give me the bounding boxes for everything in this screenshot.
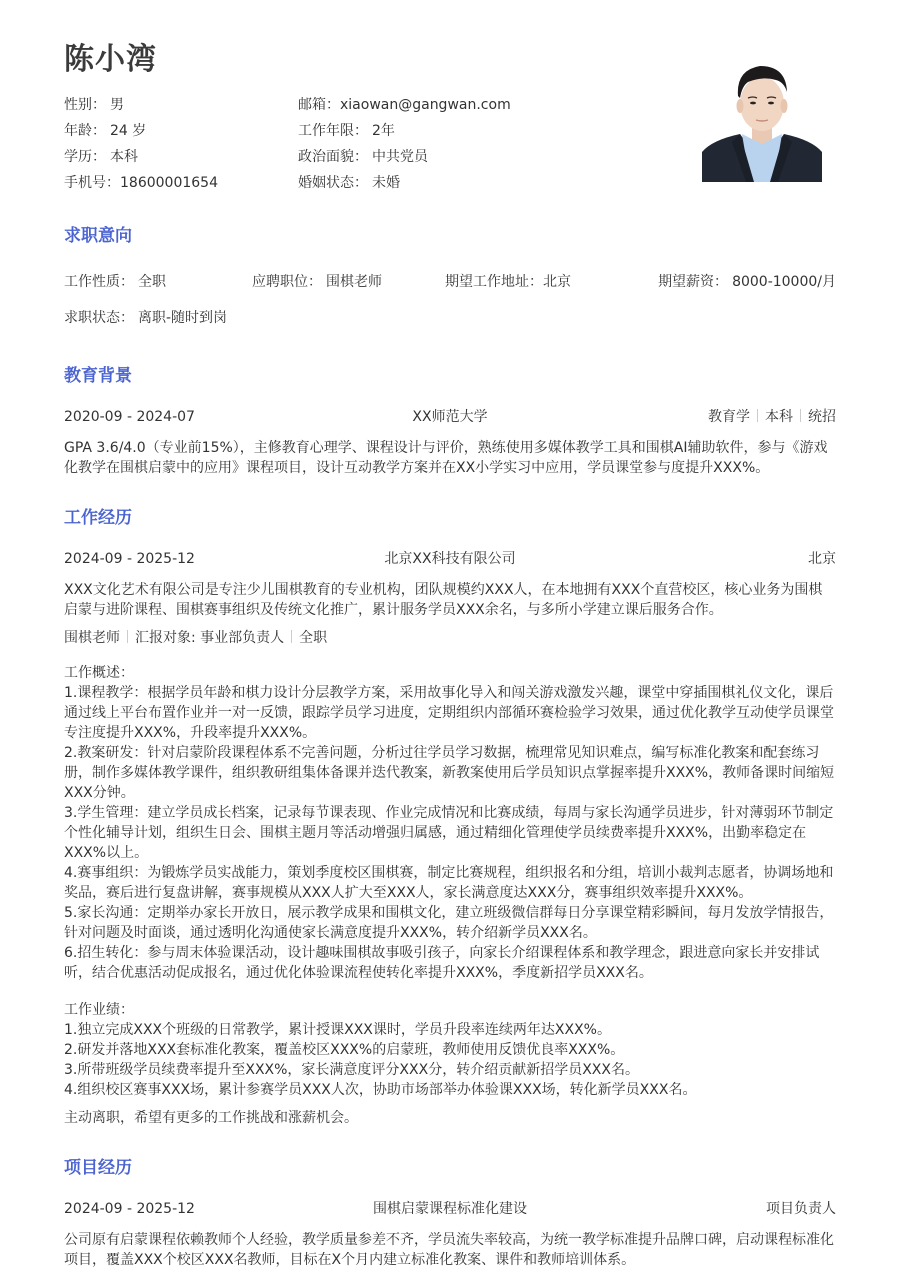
intent-value: 8000-10000/月 bbox=[732, 274, 836, 290]
info-label: 手机号： bbox=[64, 175, 120, 191]
section-title-job-intent: 求职意向 bbox=[64, 224, 132, 248]
work-overview: 工作概述： 1.课程教学：根据学员年龄和棋力设计分层教学方案，采用故事化导入和闯… bbox=[64, 663, 836, 983]
achievement-item: 4.组织校区赛事XXX场，累计参赛学员XXX人次，协助市场部举办体验课XXX场，… bbox=[64, 1080, 836, 1100]
info-phone: 手机号：18600001654 bbox=[64, 170, 218, 196]
work-header: 2024-09 - 2025-12 北京XX科技有限公司 北京 bbox=[64, 548, 836, 570]
achievements-label: 工作业绩： bbox=[64, 1000, 836, 1020]
leave-reason: 主动离职，希望有更多的工作挑战和涨薪机会。 bbox=[64, 1108, 836, 1128]
intent-label: 期望工作地址： bbox=[445, 274, 543, 290]
education-description: GPA 3.6/4.0（专业前15%），主修教育心理学、课程设计与评价，熟练使用… bbox=[64, 438, 836, 478]
education-header: 2020-09 - 2024-07 XX师范大学 教育学本科统招 bbox=[64, 406, 836, 428]
info-value: 24 岁 bbox=[110, 123, 146, 139]
info-label: 年龄： bbox=[64, 123, 106, 139]
info-label: 政治面貌： bbox=[298, 149, 368, 165]
info-political-status: 政治面貌：中共党员 bbox=[298, 144, 428, 170]
info-label: 邮箱： bbox=[298, 97, 340, 113]
intent-value: 离职-随时到岗 bbox=[138, 310, 227, 326]
info-value: xiaowan@gangwan.com bbox=[340, 97, 511, 113]
info-label: 工作年限： bbox=[298, 123, 368, 139]
education-degree: 本科 bbox=[765, 409, 793, 425]
info-value: 2年 bbox=[372, 123, 395, 139]
work-role-tags: 围棋老师汇报对象: 事业部负责人全职 bbox=[64, 627, 327, 649]
divider bbox=[800, 409, 801, 422]
intent-label: 求职状态： bbox=[64, 310, 134, 326]
info-value: 中共党员 bbox=[372, 149, 428, 165]
intent-status: 求职状态：离职-随时到岗 bbox=[64, 306, 227, 330]
info-value: 本科 bbox=[110, 149, 138, 165]
overview-item: 2.教案研发：针对启蒙阶段课程体系不完善问题，分析过往学员学习数据，梳理常见知识… bbox=[64, 743, 836, 803]
intent-position: 应聘职位：围棋老师 bbox=[252, 270, 382, 294]
intent-label: 期望薪资： bbox=[658, 274, 728, 290]
info-value: 18600001654 bbox=[120, 175, 218, 191]
company-intro: XXX文化艺术有限公司是专注少儿围棋教育的专业机构，团队规模约XXX人，在本地拥… bbox=[64, 580, 836, 620]
work-role: 围棋老师 bbox=[64, 630, 120, 646]
job-intent-row: 工作性质：全职 应聘职位：围棋老师 期望工作地址：北京 期望薪资：8000-10… bbox=[64, 270, 836, 294]
work-report-to: 汇报对象: 事业部负责人 bbox=[135, 630, 284, 646]
overview-item: 4.赛事组织：为锻炼学员实战能力，策划季度校区围棋赛，制定比赛规程，组织报名和分… bbox=[64, 863, 836, 903]
info-marital-status: 婚姻状态：未婚 bbox=[298, 170, 400, 196]
portrait-photo bbox=[702, 52, 822, 182]
section-title-education: 教育背景 bbox=[64, 364, 132, 388]
info-value: 男 bbox=[110, 97, 124, 113]
info-label: 婚姻状态： bbox=[298, 175, 368, 191]
project-description: 公司原有启蒙课程依赖教师个人经验，教学质量参差不齐，学员流失率较高，为统一教学标… bbox=[64, 1230, 836, 1270]
intent-work-type: 工作性质：全职 bbox=[64, 270, 166, 294]
overview-label: 工作概述： bbox=[64, 663, 836, 683]
info-email: 邮箱：xiaowan@gangwan.com bbox=[298, 92, 511, 118]
section-title-work: 工作经历 bbox=[64, 506, 132, 530]
work-achievements: 工作业绩： 1.独立完成XXX个班级的日常教学，累计授课XXX课时，学员升段率连… bbox=[64, 1000, 836, 1100]
portrait-illustration bbox=[702, 52, 822, 182]
divider bbox=[127, 630, 128, 643]
intent-value: 全职 bbox=[138, 274, 166, 290]
intent-value: 北京 bbox=[543, 274, 571, 290]
overview-item: 1.课程教学：根据学员年龄和棋力设计分层教学方案，采用故事化导入和闯关游戏激发兴… bbox=[64, 683, 836, 743]
intent-location: 期望工作地址：北京 bbox=[445, 270, 571, 294]
work-company: 北京XX科技有限公司 bbox=[64, 548, 836, 570]
divider bbox=[757, 409, 758, 422]
info-education: 学历：本科 bbox=[64, 144, 138, 170]
job-status-row: 求职状态：离职-随时到岗 bbox=[64, 306, 836, 330]
intent-label: 工作性质： bbox=[64, 274, 134, 290]
work-employment-type: 全职 bbox=[299, 630, 327, 646]
info-work-years: 工作年限：2年 bbox=[298, 118, 395, 144]
achievement-item: 3.所带班级学员续费率提升至XXX%，家长满意度评分XXX分，转介绍贡献新招学员… bbox=[64, 1060, 836, 1080]
intent-salary: 期望薪资：8000-10000/月 bbox=[658, 270, 836, 294]
info-age: 年龄：24 岁 bbox=[64, 118, 146, 144]
project-role: 项目负责人 bbox=[766, 1198, 836, 1220]
intent-label: 应聘职位： bbox=[252, 274, 322, 290]
info-gender: 性别：男 bbox=[64, 92, 124, 118]
education-major: 教育学 bbox=[708, 409, 750, 425]
education-meta: 教育学本科统招 bbox=[708, 406, 836, 428]
education-type: 统招 bbox=[808, 409, 836, 425]
overview-item: 3.学生管理：建立学员成长档案，记录每节课表现、作业完成情况和比赛成绩，每周与家… bbox=[64, 803, 836, 863]
achievement-item: 2.研发并落地XXX套标准化教案，覆盖校区XXX%的启蒙班，教师使用反馈优良率X… bbox=[64, 1040, 836, 1060]
section-title-project: 项目经历 bbox=[64, 1156, 132, 1180]
divider bbox=[291, 630, 292, 643]
overview-item: 5.家长沟通：定期举办家长开放日，展示教学成果和围棋文化，建立班级微信群每日分享… bbox=[64, 903, 836, 943]
achievement-item: 1.独立完成XXX个班级的日常教学，累计授课XXX课时，学员升段率连续两年达XX… bbox=[64, 1020, 836, 1040]
info-label: 性别： bbox=[64, 97, 106, 113]
candidate-name: 陈小湾 bbox=[64, 38, 157, 82]
info-label: 学历： bbox=[64, 149, 106, 165]
project-header: 2024-09 - 2025-12 围棋启蒙课程标准化建设 项目负责人 bbox=[64, 1198, 836, 1220]
info-value: 未婚 bbox=[372, 175, 400, 191]
intent-value: 围棋老师 bbox=[326, 274, 382, 290]
project-name: 围棋启蒙课程标准化建设 bbox=[64, 1198, 836, 1220]
overview-item: 6.招生转化：参与周末体验课活动，设计趣味围棋故事吸引孩子，向家长介绍课程体系和… bbox=[64, 943, 836, 983]
work-location: 北京 bbox=[808, 548, 836, 570]
